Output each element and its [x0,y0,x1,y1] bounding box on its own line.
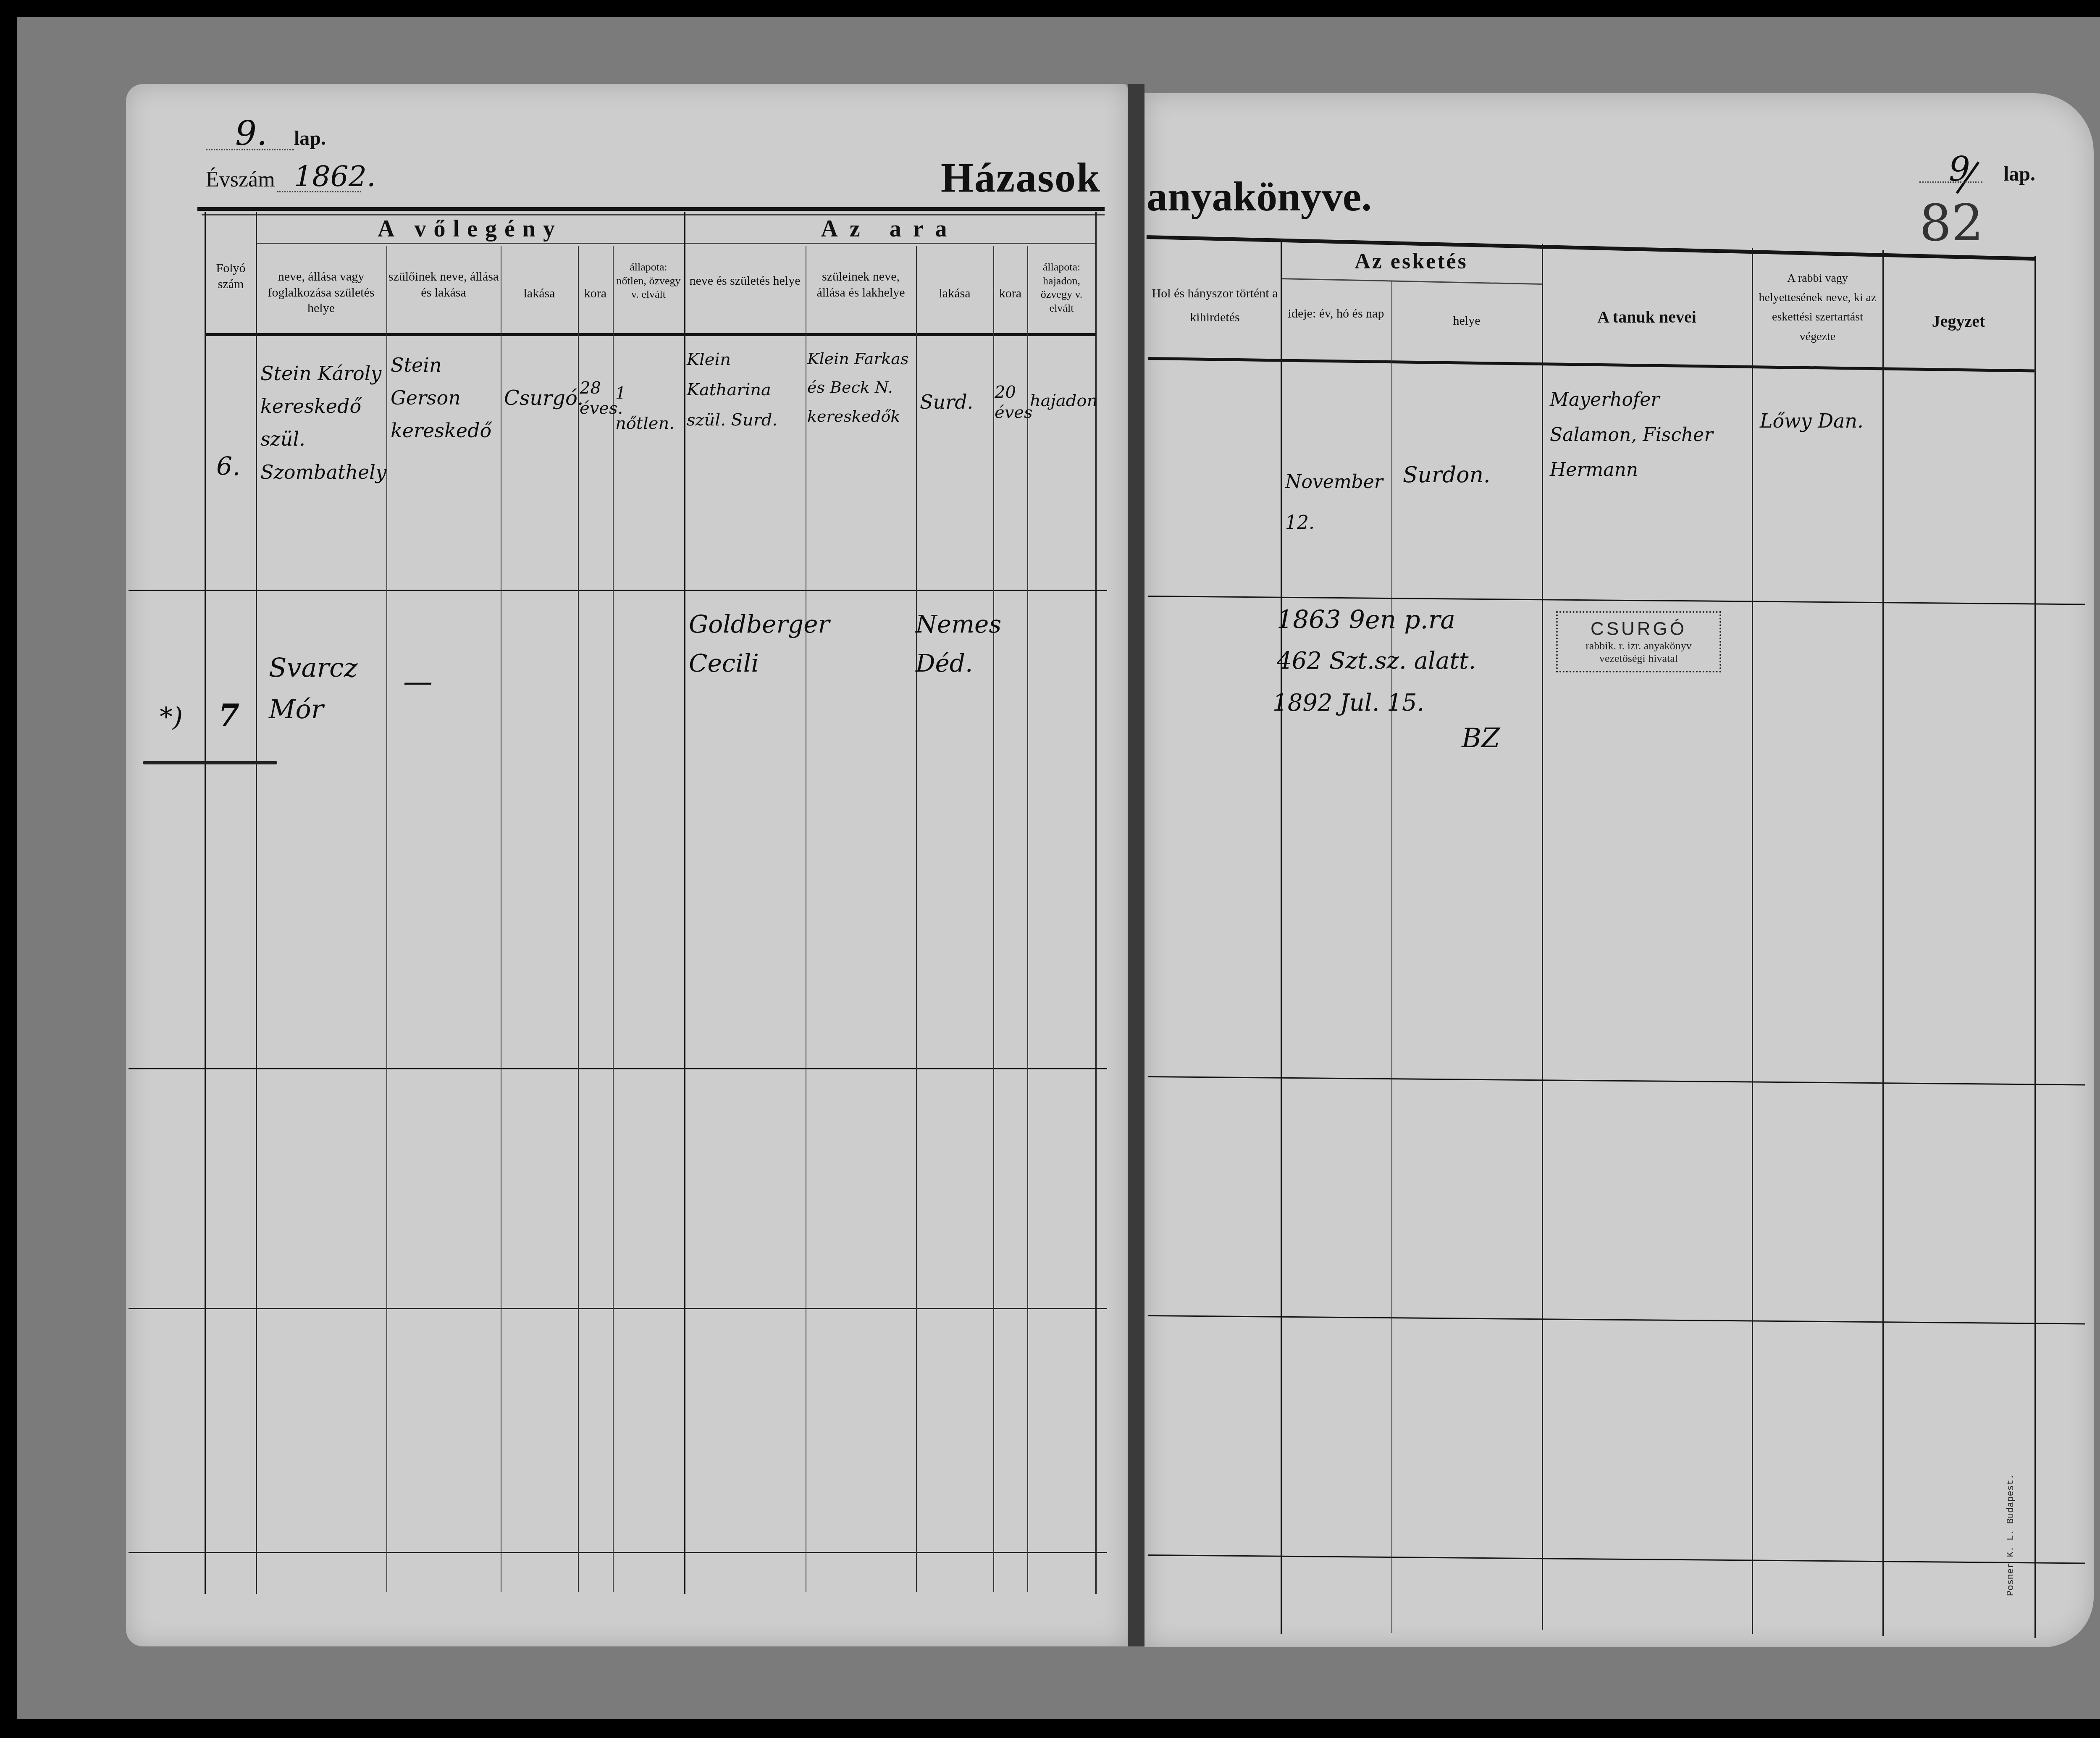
year-value: 1862. [294,160,376,194]
left-page-number: 9. [235,113,267,154]
row-6-groom-parents: Stein Gerson kereskedő [391,349,498,447]
row-6-witnesses: Mayerhofer Salamon, Fischer Hermann [1550,382,1751,488]
left-row-rule-3 [129,1308,1107,1309]
row-6-bride-name: Klein Katharina szül. Surd. [687,344,804,435]
left-table-top-rule [197,207,1105,211]
col-header-groom-age: kora [579,286,612,302]
row-7-groom-name: Svarcz Mór [269,647,382,730]
col-header-rabbi: A rabbi vagy helyettesének neve, ki az e… [1754,269,1881,347]
book-spine [1128,84,1144,1646]
register-title-part2: anyakönyve. [1147,170,1372,223]
right-col-line [1391,281,1392,1633]
col-header-bride-age: kora [995,286,1026,302]
row-6-bride-status: hajadon [1030,391,1097,411]
group-header-groom: A vőlegény [256,214,684,244]
row-6-bride-residence: Surd. [920,391,973,414]
stamp-line-1: rabbik. r. izr. anyakönyv [1566,640,1711,652]
left-col-line [993,246,994,1592]
group-header-ceremony: Az esketés [1281,248,1542,275]
left-header-bottom-rule [206,333,1096,336]
col-header-bride-status: állapota: hajadon, özvegy v. elvált [1029,260,1095,315]
row-7-bride-name: Goldberger Cecili [689,605,802,683]
left-row-rule-2 [129,1068,1107,1069]
page-number-dotted-line [206,149,294,150]
left-page-label: lap. [294,126,326,151]
year-label: Évszám [206,166,275,193]
col-header-witnesses: A tanuk nevei [1543,307,1751,328]
col-header-bride-parents: szüleinek neve, állása és lakhelye [807,269,915,300]
left-col-line [916,246,917,1592]
right-page-number-crossed: 9 [1949,149,1970,189]
row-7-initials: BZ [1462,722,1500,755]
right-col-line [1542,244,1543,1630]
printer-mark: Posner K. L. Budapest. [2005,1474,2016,1596]
row-6-ceremony-date: November 12. [1285,462,1390,543]
left-row-rule-4 [129,1552,1107,1553]
left-col-line [578,246,579,1592]
row-6-groom-residence: Csurgó. [504,386,583,411]
row-6-ceremony-place: Surdon. [1403,462,1491,488]
left-col-line [501,246,501,1592]
left-col-line [806,246,806,1592]
row-7-note-line-3: 1892 Jul. 15. [1273,689,1424,717]
col-header-groom-status: állapota: nőtlen, özvegy v. elvált [614,260,683,302]
row-7-number: 7 [218,697,239,733]
col-header-groom-parents: szülőinek neve, állása és lakása [388,269,499,300]
right-col-line [1281,239,1282,1634]
right-page-label: lap. [2003,162,2035,187]
right-col-line [1882,250,1884,1636]
col-header-groom-name: neve, állása vagy foglalkozása születés … [257,269,385,316]
stamp-title: CSURGÓ [1566,619,1711,640]
left-col-line [256,212,257,1594]
year-dotted-line [277,191,361,192]
left-row-rule-1 [129,590,1107,591]
left-col-line [613,246,614,1592]
col-header-bride-name: neve és születés helye [685,273,804,289]
csurgo-office-stamp: CSURGÓ rabbik. r. izr. anyakönyv vezetős… [1556,611,1721,672]
row-6-groom-status: 1 nőtlen. [615,378,682,438]
row-6-groom-age: 28 éves. [580,378,611,418]
left-col-line [386,246,387,1592]
right-page-number-new: 82 [1919,193,1984,254]
right-page-number-dotted-line [1919,181,1982,183]
row-6-bride-parents: Klein Farkas és Beck N. kereskedők [807,344,914,431]
row-7-groom-parents: — [403,664,433,699]
col-header-note: Jegyzet [1884,311,2033,332]
row-7-margin-note: *) [160,701,183,732]
row-7-note-line-2: 462 Szt.sz. alatt. [1277,647,1476,675]
row-7-bride-residence: Nemes Déd. [916,605,995,683]
row-7-note-line-1: 1863 9en p.ra [1277,605,1455,635]
col-header-serial: Folyó szám [206,260,256,292]
left-col-line [1095,212,1097,1594]
left-page [126,84,1128,1646]
left-col-line [1027,246,1028,1592]
row-6-number: 6. [216,452,240,482]
col-header-groom-residence: lakása [502,286,577,302]
row-6-rabbi: Lőwy Dan. [1760,410,1864,433]
left-col-line [205,212,206,1594]
stamp-line-2: vezetőségi hivatal [1566,652,1711,665]
group-header-bride: Az ara [684,214,1095,244]
col-header-date: ideje: év, hó és nap [1282,302,1390,325]
register-title-part1: Házasok [941,151,1101,204]
col-header-place: helye [1393,313,1541,329]
row-7-margin-underline [143,761,277,764]
col-header-announcement: Hol és hányszor történt a kihirdetés [1151,281,1279,329]
right-col-line [1752,248,1753,1634]
col-header-bride-residence: lakása [917,286,992,302]
right-col-line [2034,256,2036,1638]
row-6-bride-age: 20 éves [995,382,1026,423]
row-6-groom-name: Stein Károly kereskedő szül. Szombathely [260,357,382,488]
left-col-line [684,212,685,1594]
